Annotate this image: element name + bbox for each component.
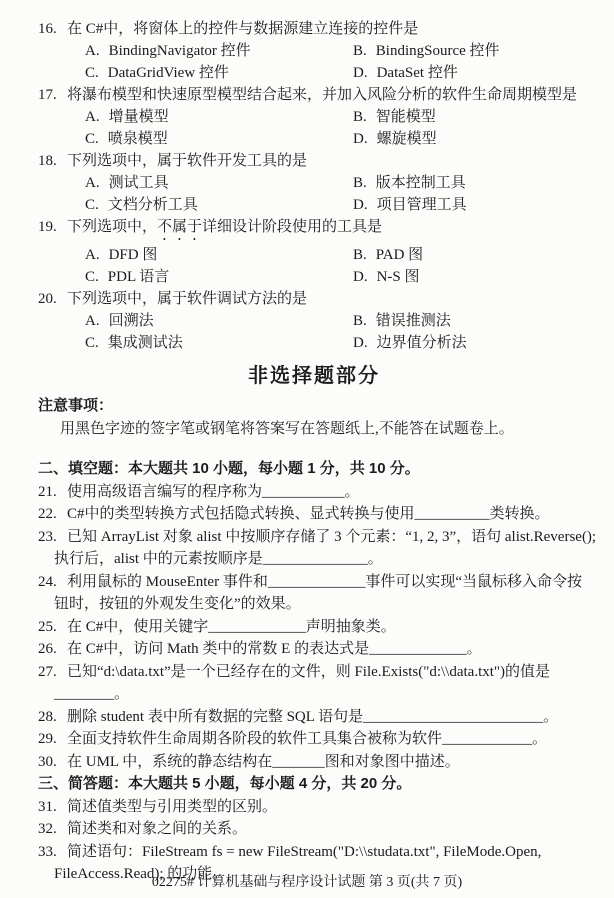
option-label: D. (353, 131, 368, 147)
mc-question-17: 17.将瀑布模型和快速原型模型结合起来，并加入风险分析的软件生命周期模型是 A.… (38, 84, 590, 150)
option-d: D.项目管理工具 (353, 194, 467, 216)
option-c: C.PDL 语言 (85, 266, 353, 288)
option-text: DataSet 控件 (377, 65, 458, 81)
question-number: 19. (38, 216, 60, 238)
option-d: D.N-S 图 (353, 266, 420, 288)
question-stem: 16.在 C#中，将窗体上的控件与数据源建立连接的控件是 (38, 18, 590, 40)
fill-question-30: 30.在 UML 中，系统的静态结构在_______图和对象图中描述。 (38, 751, 590, 774)
question-text: 简述语句：FileStream fs = new FileStream("D:\… (67, 844, 541, 860)
option-label: C. (85, 197, 99, 213)
question-number: 22. (38, 503, 60, 526)
question-line: 31.简述值类型与引用类型的区别。 (38, 796, 590, 819)
question-text: 在 C#中，访问 Math 类中的常数 E 的表达式是_____________… (67, 641, 482, 657)
question-stem: 17.将瀑布模型和快速原型模型结合起来，并加入风险分析的软件生命周期模型是 (38, 84, 590, 106)
option-c: C.DataGridView 控件 (85, 62, 353, 84)
question-number: 23. (38, 526, 60, 549)
question-line-continued: 钮时，按钮的外观发生变化”的效果。 (38, 593, 590, 616)
question-number: 33. (38, 841, 60, 864)
option-text: PDL 语言 (108, 269, 170, 285)
option-text: 测试工具 (109, 175, 169, 191)
option-text: BindingSource 控件 (376, 43, 500, 59)
option-text: PAD 图 (376, 247, 423, 263)
fill-question-25: 25.在 C#中，使用关键字_____________声明抽象类。 (38, 616, 590, 639)
exam-page: 16.在 C#中，将窗体上的控件与数据源建立连接的控件是 A.BindingNa… (0, 0, 614, 898)
option-text: DataGridView 控件 (108, 65, 229, 81)
option-text: 项目管理工具 (377, 197, 467, 213)
multiple-choice-section: 16.在 C#中，将窗体上的控件与数据源建立连接的控件是 A.BindingNa… (38, 18, 590, 354)
option-text: 集成测试法 (108, 335, 183, 351)
option-row: C.DataGridView 控件 D.DataSet 控件 (38, 62, 590, 84)
question-stem: 18.下列选项中，属于软件开发工具的是 (38, 150, 590, 172)
option-label: C. (85, 65, 99, 81)
option-row: C.PDL 语言 D.N-S 图 (38, 266, 590, 288)
question-number: 18. (38, 150, 60, 172)
question-text: 使用高级语言编写的程序称为___________。 (67, 484, 360, 500)
fill-question-22: 22.C#中的类型转换方式包括隐式转换、显式转换与使用__________类转换… (38, 503, 590, 526)
option-label: C. (85, 335, 99, 351)
option-b: B.BindingSource 控件 (353, 40, 500, 62)
short-answer-section: 三、简答题：本大题共 5 小题，每小题 4 分，共 20 分。 31.简述值类型… (38, 773, 590, 886)
option-text: 边界值分析法 (377, 335, 467, 351)
question-text: 下列选项中，属于软件开发工具的是 (67, 153, 307, 169)
question-number: 17. (38, 84, 60, 106)
page-footer: 02275# 计算机基础与程序设计试题 第 3 页(共 7 页) (0, 874, 614, 892)
question-text: 下列选项中，属于软件调试方法的是 (67, 291, 307, 307)
question-line: 21.使用高级语言编写的程序称为___________。 (38, 481, 590, 504)
question-line: 29.全面支持软件生命周期各阶段的软件工具集合被称为软件____________… (38, 728, 590, 751)
option-label: A. (85, 313, 100, 329)
option-text: 螺旋模型 (377, 131, 437, 147)
option-c: C.集成测试法 (85, 332, 353, 354)
option-a: A.BindingNavigator 控件 (85, 40, 353, 62)
question-stem: 20.下列选项中，属于软件调试方法的是 (38, 288, 590, 310)
option-row: C.文档分析工具 D.项目管理工具 (38, 194, 590, 216)
fill-question-29: 29.全面支持软件生命周期各阶段的软件工具集合被称为软件____________… (38, 728, 590, 751)
question-text: 简述类和对象之间的关系。 (67, 821, 247, 837)
fill-question-23: 23.已知 ArrayList 对象 alist 中按顺序存储了 3 个元素：“… (38, 526, 590, 571)
option-text: 增量模型 (109, 109, 169, 125)
option-row: A.测试工具 B.版本控制工具 (38, 172, 590, 194)
fill-question-21: 21.使用高级语言编写的程序称为___________。 (38, 481, 590, 504)
option-b: B.智能模型 (353, 106, 436, 128)
question-number: 20. (38, 288, 60, 310)
option-a: A.增量模型 (85, 106, 353, 128)
option-d: D.边界值分析法 (353, 332, 467, 354)
question-stem: 19.下列选项中，不属于详细设计阶段使用的工具是 (38, 216, 590, 244)
fill-question-27: 27.已知“d:\data.txt”是一个已经存在的文件，则 File.Exis… (38, 661, 590, 706)
option-b: B.错误推测法 (353, 310, 451, 332)
short-question-31: 31.简述值类型与引用类型的区别。 (38, 796, 590, 819)
notice-block: 注意事项： 用黑色字迹的签字笔或钢笔将答案写在答题纸上,不能答在试题卷上。 (38, 394, 590, 441)
option-row: A.DFD 图 B.PAD 图 (38, 244, 590, 266)
option-label: B. (353, 247, 367, 263)
notice-heading: 注意事项： (38, 394, 590, 418)
option-row: A.增量模型 B.智能模型 (38, 106, 590, 128)
option-label: D. (353, 335, 368, 351)
fill-question-26: 26.在 C#中，访问 Math 类中的常数 E 的表达式是__________… (38, 638, 590, 661)
mc-question-16: 16.在 C#中，将窗体上的控件与数据源建立连接的控件是 A.BindingNa… (38, 18, 590, 84)
option-label: B. (353, 175, 367, 191)
question-text: 利用鼠标的 MouseEnter 事件和_____________事件可以实现“… (67, 574, 582, 590)
option-text: BindingNavigator 控件 (109, 43, 251, 59)
option-text: 错误推测法 (376, 313, 451, 329)
question-text: 删除 student 表中所有数据的完整 SQL 语句是____________… (67, 709, 558, 725)
question-line: 24.利用鼠标的 MouseEnter 事件和_____________事件可以… (38, 571, 590, 594)
fill-question-24: 24.利用鼠标的 MouseEnter 事件和_____________事件可以… (38, 571, 590, 616)
question-text: C#中的类型转换方式包括隐式转换、显式转换与使用__________类转换。 (67, 506, 550, 522)
question-line: 26.在 C#中，访问 Math 类中的常数 E 的表达式是__________… (38, 638, 590, 661)
question-text: 在 C#中，使用关键字_____________声明抽象类。 (67, 619, 396, 635)
question-line: 27.已知“d:\data.txt”是一个已经存在的文件，则 File.Exis… (38, 661, 590, 684)
question-number: 26. (38, 638, 60, 661)
question-number: 32. (38, 818, 60, 841)
question-text: 简述值类型与引用类型的区别。 (67, 799, 277, 815)
question-line: 28.删除 student 表中所有数据的完整 SQL 语句是_________… (38, 706, 590, 729)
option-text: 喷泉模型 (108, 131, 168, 147)
option-label: A. (85, 43, 100, 59)
option-label: A. (85, 175, 100, 191)
notice-text: 用黑色字迹的签字笔或钢笔将答案写在答题纸上,不能答在试题卷上。 (38, 418, 590, 441)
question-number: 31. (38, 796, 60, 819)
option-label: C. (85, 269, 99, 285)
question-line: 22.C#中的类型转换方式包括隐式转换、显式转换与使用__________类转换… (38, 503, 590, 526)
mc-question-20: 20.下列选项中，属于软件调试方法的是 A.回溯法 B.错误推测法 C.集成测试… (38, 288, 590, 354)
question-number: 24. (38, 571, 60, 594)
option-d: D.DataSet 控件 (353, 62, 458, 84)
option-text: DFD 图 (109, 247, 158, 263)
question-text: 将瀑布模型和快速原型模型结合起来，并加入风险分析的软件生命周期模型是 (67, 87, 577, 103)
option-label: B. (353, 109, 367, 125)
question-line: 25.在 C#中，使用关键字_____________声明抽象类。 (38, 616, 590, 639)
question-number: 29. (38, 728, 60, 751)
mc-question-18: 18.下列选项中，属于软件开发工具的是 A.测试工具 B.版本控制工具 C.文档… (38, 150, 590, 216)
option-text: N-S 图 (377, 269, 420, 285)
question-text-post: 详细设计阶段使用的工具是 (202, 219, 382, 235)
option-b: B.版本控制工具 (353, 172, 466, 194)
option-c: C.文档分析工具 (85, 194, 353, 216)
option-text: 文档分析工具 (108, 197, 198, 213)
option-label: D. (353, 269, 368, 285)
question-text: 已知“d:\data.txt”是一个已经存在的文件，则 File.Exists(… (67, 664, 550, 680)
section-title: 非选择题部分 (38, 362, 590, 390)
question-line: 30.在 UML 中，系统的静态结构在_______图和对象图中描述。 (38, 751, 590, 774)
question-text: 全面支持软件生命周期各阶段的软件工具集合被称为软件____________。 (67, 731, 547, 747)
option-row: A.回溯法 B.错误推测法 (38, 310, 590, 332)
option-row: C.喷泉模型 D.螺旋模型 (38, 128, 590, 150)
question-number: 21. (38, 481, 60, 504)
question-number: 25. (38, 616, 60, 639)
question-text-emphasized: 不属于 (157, 219, 202, 235)
question-text-pre: 下列选项中， (67, 219, 157, 235)
question-text: 在 UML 中，系统的静态结构在_______图和对象图中描述。 (67, 754, 460, 770)
mc-question-19: 19.下列选项中，不属于详细设计阶段使用的工具是 A.DFD 图 B.PAD 图… (38, 216, 590, 288)
option-c: C.喷泉模型 (85, 128, 353, 150)
option-text: 智能模型 (376, 109, 436, 125)
question-line-continued: ________。 (38, 683, 590, 706)
question-line: 32.简述类和对象之间的关系。 (38, 818, 590, 841)
option-label: C. (85, 131, 99, 147)
question-number: 27. (38, 661, 60, 684)
question-text: 已知 ArrayList 对象 alist 中按顺序存储了 3 个元素：“1, … (67, 529, 596, 545)
question-number: 28. (38, 706, 60, 729)
short-question-32: 32.简述类和对象之间的关系。 (38, 818, 590, 841)
question-line: 23.已知 ArrayList 对象 alist 中按顺序存储了 3 个元素：“… (38, 526, 590, 549)
option-text: 回溯法 (109, 313, 154, 329)
question-line-continued: 执行后，alist 中的元素按顺序是______________。 (38, 548, 590, 571)
question-text: 在 C#中，将窗体上的控件与数据源建立连接的控件是 (67, 21, 418, 37)
fill-in-section: 二、填空题：本大题共 10 小题，每小题 1 分，共 10 分。 21.使用高级… (38, 458, 590, 773)
option-label: A. (85, 247, 100, 263)
option-label: B. (353, 43, 367, 59)
option-label: A. (85, 109, 100, 125)
option-a: A.DFD 图 (85, 244, 353, 266)
question-line: 33.简述语句：FileStream fs = new FileStream("… (38, 841, 590, 864)
question-number: 16. (38, 18, 60, 40)
option-label: D. (353, 197, 368, 213)
option-a: A.回溯法 (85, 310, 353, 332)
fill-section-heading: 二、填空题：本大题共 10 小题，每小题 1 分，共 10 分。 (38, 458, 590, 481)
fill-question-28: 28.删除 student 表中所有数据的完整 SQL 语句是_________… (38, 706, 590, 729)
option-row: A.BindingNavigator 控件 B.BindingSource 控件 (38, 40, 590, 62)
short-section-heading: 三、简答题：本大题共 5 小题，每小题 4 分，共 20 分。 (38, 773, 590, 796)
option-text: 版本控制工具 (376, 175, 466, 191)
option-label: D. (353, 65, 368, 81)
option-label: B. (353, 313, 367, 329)
option-d: D.螺旋模型 (353, 128, 437, 150)
option-a: A.测试工具 (85, 172, 353, 194)
question-number: 30. (38, 751, 60, 774)
option-b: B.PAD 图 (353, 244, 423, 266)
option-row: C.集成测试法 D.边界值分析法 (38, 332, 590, 354)
